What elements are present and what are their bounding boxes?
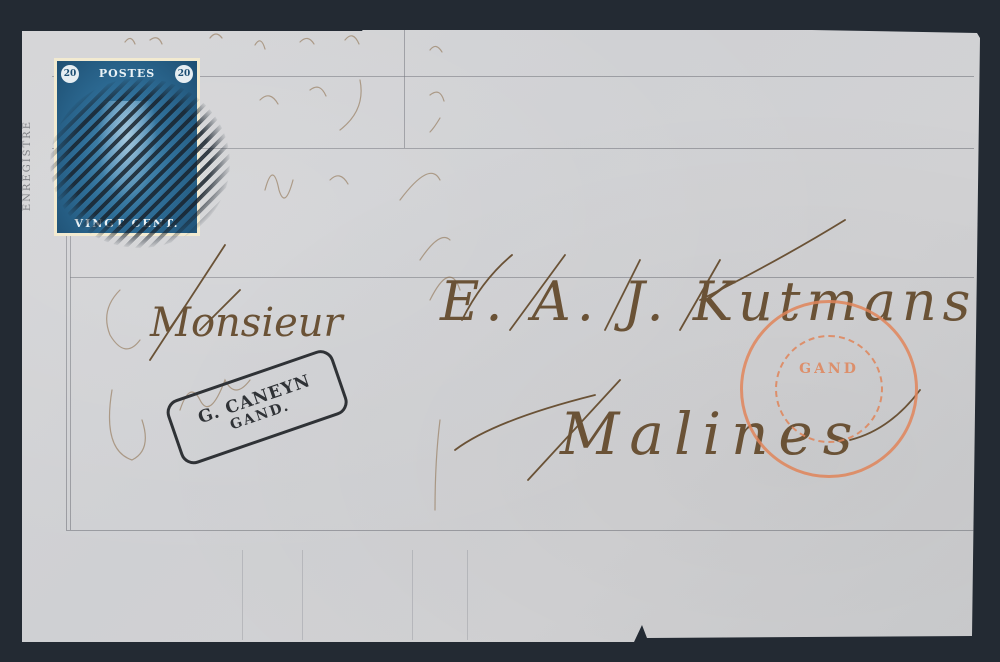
stamp-denomination-left: 20 <box>61 65 79 83</box>
red-circular-postmark: GAND <box>740 300 918 478</box>
ruled-line <box>66 530 974 531</box>
margin-print: ENREGISTRE <box>22 120 33 211</box>
address-salutation: Monsieur <box>150 300 343 346</box>
postmark-text: GAND <box>743 361 915 377</box>
bar-cancellation <box>50 78 230 248</box>
ruled-line <box>412 550 413 640</box>
ruled-line <box>467 550 468 640</box>
ruled-line <box>404 30 405 148</box>
stamp-denomination-right: 20 <box>175 65 193 83</box>
postmark-inner-ring <box>775 335 883 443</box>
ruled-line <box>302 550 303 640</box>
address-recipient: E. A. J. Kutmans <box>440 270 976 333</box>
ruled-line <box>242 550 243 640</box>
